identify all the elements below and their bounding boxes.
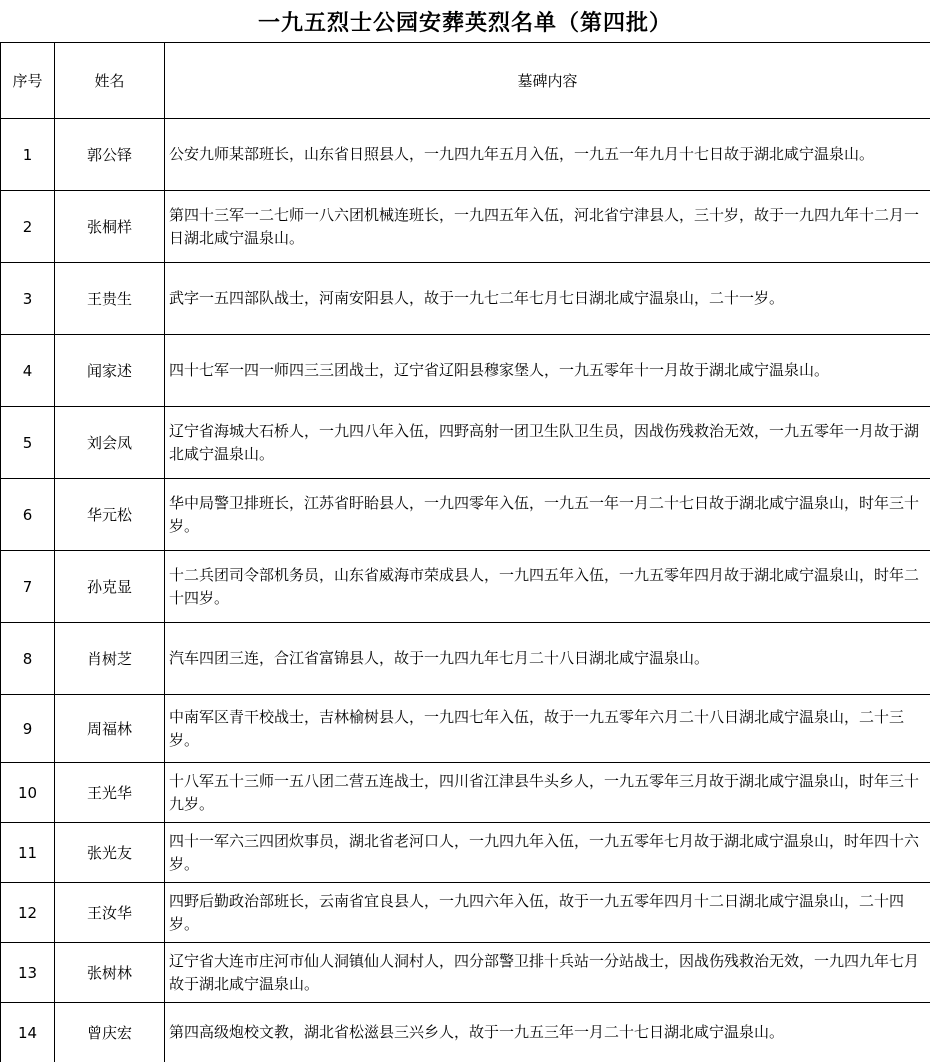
tombstone-content: 辽宁省海城大石桥人，一九四八年入伍，四野高射一团卫生队卫生员，因战伤残救治无效，… — [165, 407, 930, 479]
column-header-name: 姓名 — [55, 43, 165, 119]
column-header-index: 序号 — [1, 43, 55, 119]
tombstone-content: 武字一五四部队战士，河南安阳县人，故于一九七二年七月七日湖北咸宁温泉山，二十一岁… — [165, 263, 930, 335]
tombstone-content: 汽车四团三连，合江省富锦县人，故于一九四九年七月二十八日湖北咸宁温泉山。 — [165, 623, 930, 695]
table-row: 7 孙克显 十二兵团司令部机务员，山东省威海市荣成县人，一九四五年入伍，一九五零… — [1, 551, 930, 623]
column-header-content: 墓碑内容 — [165, 43, 930, 119]
tombstone-content: 公安九师某部班长，山东省日照县人，一九四九年五月入伍，一九五一年九月十七日故于湖… — [165, 119, 930, 191]
table-row: 4 闻家述 四十七军一四一师四三三团战士，辽宁省辽阳县穆家堡人，一九五零年十一月… — [1, 335, 930, 407]
martyr-name: 华元松 — [55, 479, 165, 551]
document-page: 一九五烈士公园安葬英烈名单（第四批） 序号 姓名 墓碑内容 1 郭公铎 公安九师… — [0, 0, 930, 1062]
tombstone-content: 华中局警卫排班长，江苏省盱眙县人，一九四零年入伍，一九五一年一月二十七日故于湖北… — [165, 479, 930, 551]
table-row: 3 王贵生 武字一五四部队战士，河南安阳县人，故于一九七二年七月七日湖北咸宁温泉… — [1, 263, 930, 335]
tombstone-content: 中南军区青干校战士，吉林榆树县人，一九四七年入伍，故于一九五零年六月二十八日湖北… — [165, 695, 930, 763]
row-index: 9 — [1, 695, 55, 763]
table-row: 14 曾庆宏 第四高级炮校文教，湖北省松滋县三兴乡人，故于一九五三年一月二十七日… — [1, 1003, 930, 1062]
row-index: 10 — [1, 763, 55, 823]
martyr-name: 曾庆宏 — [55, 1003, 165, 1062]
martyr-name: 闻家述 — [55, 335, 165, 407]
row-index: 8 — [1, 623, 55, 695]
row-index: 1 — [1, 119, 55, 191]
tombstone-content: 第四十三军一二七师一八六团机械连班长，一九四五年入伍，河北省宁津县人，三十岁，故… — [165, 191, 930, 263]
row-index: 13 — [1, 943, 55, 1003]
row-index: 3 — [1, 263, 55, 335]
row-index: 14 — [1, 1003, 55, 1062]
martyr-name: 王汝华 — [55, 883, 165, 943]
table-row: 9 周福林 中南军区青干校战士，吉林榆树县人，一九四七年入伍，故于一九五零年六月… — [1, 695, 930, 763]
table-row: 11 张光友 四十一军六三四团炊事员，湖北省老河口人，一九四九年入伍，一九五零年… — [1, 823, 930, 883]
table-row: 6 华元松 华中局警卫排班长，江苏省盱眙县人，一九四零年入伍，一九五一年一月二十… — [1, 479, 930, 551]
row-index: 2 — [1, 191, 55, 263]
table-header-row: 序号 姓名 墓碑内容 — [1, 43, 930, 119]
row-index: 5 — [1, 407, 55, 479]
tombstone-content: 十二兵团司令部机务员，山东省威海市荣成县人，一九四五年入伍，一九五零年四月故于湖… — [165, 551, 930, 623]
martyr-name: 孙克显 — [55, 551, 165, 623]
row-index: 4 — [1, 335, 55, 407]
page-title: 一九五烈士公园安葬英烈名单（第四批） — [0, 0, 930, 42]
row-index: 7 — [1, 551, 55, 623]
table-row: 5 刘会凤 辽宁省海城大石桥人，一九四八年入伍，四野高射一团卫生队卫生员，因战伤… — [1, 407, 930, 479]
martyr-name: 王光华 — [55, 763, 165, 823]
table-row: 12 王汝华 四野后勤政治部班长，云南省宜良县人，一九四六年入伍，故于一九五零年… — [1, 883, 930, 943]
table-row: 2 张桐样 第四十三军一二七师一八六团机械连班长，一九四五年入伍，河北省宁津县人… — [1, 191, 930, 263]
tombstone-content: 四十七军一四一师四三三团战士，辽宁省辽阳县穆家堡人，一九五零年十一月故于湖北咸宁… — [165, 335, 930, 407]
table-row: 13 张树林 辽宁省大连市庄河市仙人洞镇仙人洞村人，四分部警卫排十兵站一分站战士… — [1, 943, 930, 1003]
martyr-name: 周福林 — [55, 695, 165, 763]
row-index: 12 — [1, 883, 55, 943]
table-row: 1 郭公铎 公安九师某部班长，山东省日照县人，一九四九年五月入伍，一九五一年九月… — [1, 119, 930, 191]
tombstone-content: 第四高级炮校文教，湖北省松滋县三兴乡人，故于一九五三年一月二十七日湖北咸宁温泉山… — [165, 1003, 930, 1062]
table-body: 1 郭公铎 公安九师某部班长，山东省日照县人，一九四九年五月入伍，一九五一年九月… — [1, 119, 930, 1062]
tombstone-content: 四十一军六三四团炊事员，湖北省老河口人，一九四九年入伍，一九五零年七月故于湖北咸… — [165, 823, 930, 883]
martyr-name: 张树林 — [55, 943, 165, 1003]
martyr-name: 张桐样 — [55, 191, 165, 263]
table-row: 10 王光华 十八军五十三师一五八团二营五连战士，四川省江津县牛头乡人，一九五零… — [1, 763, 930, 823]
tombstone-content: 辽宁省大连市庄河市仙人洞镇仙人洞村人，四分部警卫排十兵站一分站战士，因战伤残救治… — [165, 943, 930, 1003]
martyr-name: 张光友 — [55, 823, 165, 883]
martyr-name: 肖树芝 — [55, 623, 165, 695]
row-index: 6 — [1, 479, 55, 551]
martyr-name: 郭公铎 — [55, 119, 165, 191]
martyr-name: 王贵生 — [55, 263, 165, 335]
tombstone-content: 十八军五十三师一五八团二营五连战士，四川省江津县牛头乡人，一九五零年三月故于湖北… — [165, 763, 930, 823]
tombstone-content: 四野后勤政治部班长，云南省宜良县人，一九四六年入伍，故于一九五零年四月十二日湖北… — [165, 883, 930, 943]
row-index: 11 — [1, 823, 55, 883]
martyr-name: 刘会凤 — [55, 407, 165, 479]
table-row: 8 肖树芝 汽车四团三连，合江省富锦县人，故于一九四九年七月二十八日湖北咸宁温泉… — [1, 623, 930, 695]
martyrs-table: 序号 姓名 墓碑内容 1 郭公铎 公安九师某部班长，山东省日照县人，一九四九年五… — [0, 42, 930, 1062]
